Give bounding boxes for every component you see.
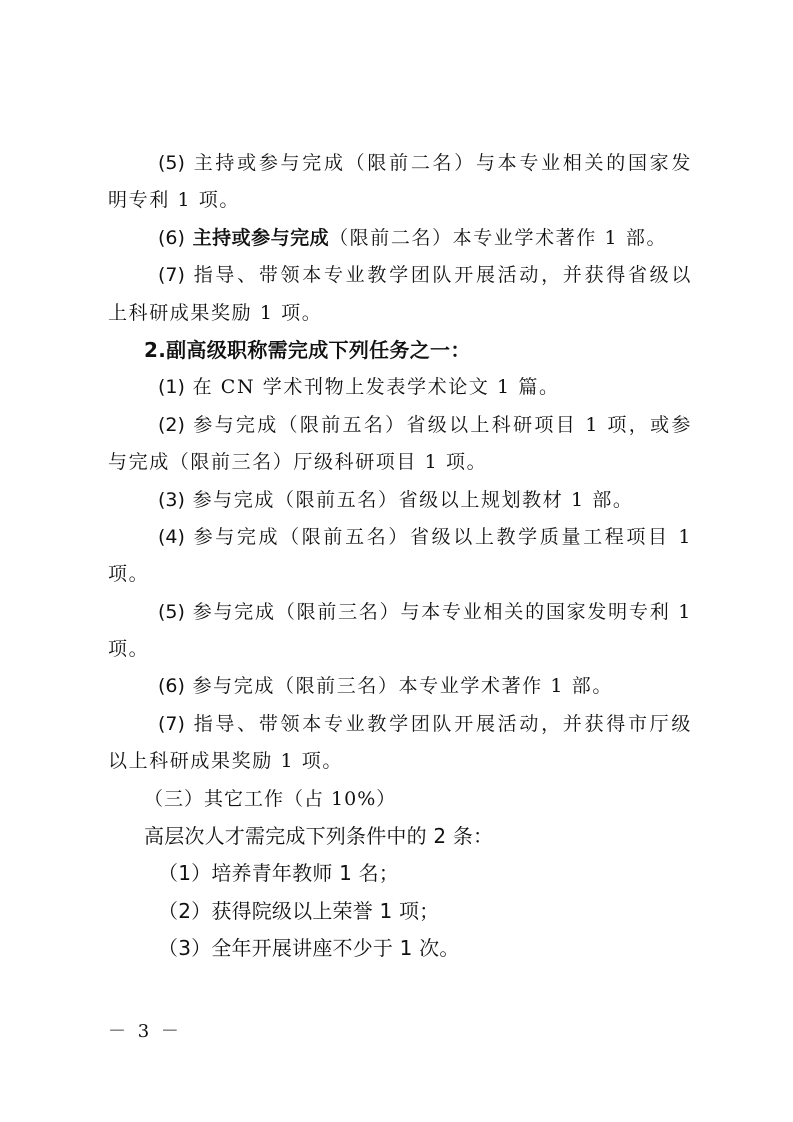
- item-number: (1): [158, 376, 185, 398]
- deputy-item-5-cont: 项。: [108, 631, 692, 668]
- deputy-item-4: (4) 参与完成（限前五名）省级以上教学质量工程项目 1: [108, 519, 692, 556]
- item-number: (7): [158, 713, 185, 735]
- talent-intro: 高层次人才需完成下列条件中的 2 条：: [108, 818, 692, 855]
- deputy-item-1: (1) 在 CN 学术刊物上发表学术论文 1 篇。: [108, 369, 692, 406]
- item-number: (2): [158, 414, 185, 436]
- item-number: (6): [158, 675, 185, 697]
- senior-item-7: (7) 指导、带领本专业教学团队开展活动，并获得省级以: [108, 257, 692, 294]
- other-section-title: （三）其它工作（占 10%）: [108, 781, 692, 818]
- senior-item-7-cont: 上科研成果奖励 1 项。: [108, 295, 692, 332]
- item-number: (5): [158, 601, 185, 623]
- document-page: (5) 主持或参与完成（限前二名）与本专业相关的国家发 明专利 1 项。 (6)…: [108, 145, 692, 968]
- deputy-item-2: (2) 参与完成（限前五名）省级以上科研项目 1 项，或参: [108, 407, 692, 444]
- item-text: 参与完成（限前三名）本专业学术著作 1 部。: [193, 675, 613, 697]
- deputy-item-7: (7) 指导、带领本专业教学团队开展活动，并获得市厅级: [108, 706, 692, 743]
- deputy-item-7-cont: 以上科研成果奖励 1 项。: [108, 743, 692, 780]
- item-text: 主持或参与完成（限前二名）与本专业相关的国家发: [194, 152, 692, 174]
- item-text: 获得院级以上荣誉 1 项；: [211, 899, 439, 923]
- item-number: (6): [158, 227, 185, 249]
- deputy-item-5: (5) 参与完成（限前三名）与本专业相关的国家发明专利 1: [108, 594, 692, 631]
- item-text: 全年开展讲座不少于 1 次。: [211, 936, 459, 960]
- senior-item-5: (5) 主持或参与完成（限前二名）与本专业相关的国家发: [108, 145, 692, 182]
- item-number: （1）: [158, 861, 211, 885]
- item-number: （2）: [158, 899, 211, 923]
- talent-item-1: （1）培养青年教师 1 名；: [108, 855, 692, 892]
- item-number: (4): [158, 526, 185, 548]
- item-text: 指导、带领本专业教学团队开展活动，并获得省级以: [194, 264, 692, 286]
- deputy-heading: 2.副高级职称需完成下列任务之一：: [108, 332, 692, 369]
- senior-item-6: (6) 主持或参与完成（限前二名）本专业学术著作 1 部。: [108, 220, 692, 257]
- page-number: － 3 －: [108, 1017, 182, 1043]
- deputy-item-6: (6) 参与完成（限前三名）本专业学术著作 1 部。: [108, 668, 692, 705]
- senior-item-5-cont: 明专利 1 项。: [108, 182, 692, 219]
- item-number: (5): [158, 152, 185, 174]
- item-text: 参与完成（限前五名）省级以上教学质量工程项目 1: [194, 526, 692, 548]
- item-number: （3）: [158, 936, 211, 960]
- talent-item-3: （3）全年开展讲座不少于 1 次。: [108, 930, 692, 967]
- item-text: 在 CN 学术刊物上发表学术论文 1 篇。: [193, 376, 560, 398]
- item-number: (3): [158, 489, 185, 511]
- item-text: 参与完成（限前五名）省级以上科研项目 1 项，或参: [193, 414, 692, 436]
- item-text: 指导、带领本专业教学团队开展活动，并获得市厅级: [194, 713, 692, 735]
- item-text: 参与完成（限前五名）省级以上规划教材 1 部。: [193, 489, 634, 511]
- deputy-item-2-cont: 与完成（限前三名）厅级科研项目 1 项。: [108, 444, 692, 481]
- deputy-item-3: (3) 参与完成（限前五名）省级以上规划教材 1 部。: [108, 482, 692, 519]
- item-number: (7): [158, 264, 185, 286]
- deputy-item-4-cont: 项。: [108, 556, 692, 593]
- item-text: 培养青年教师 1 名；: [211, 861, 399, 885]
- item-text: 参与完成（限前三名）与本专业相关的国家发明专利 1: [193, 601, 692, 623]
- item-text: （限前二名）本专业学术著作 1 部。: [329, 227, 667, 249]
- item-bold-text: 主持或参与完成: [193, 227, 330, 249]
- talent-item-2: （2）获得院级以上荣誉 1 项；: [108, 893, 692, 930]
